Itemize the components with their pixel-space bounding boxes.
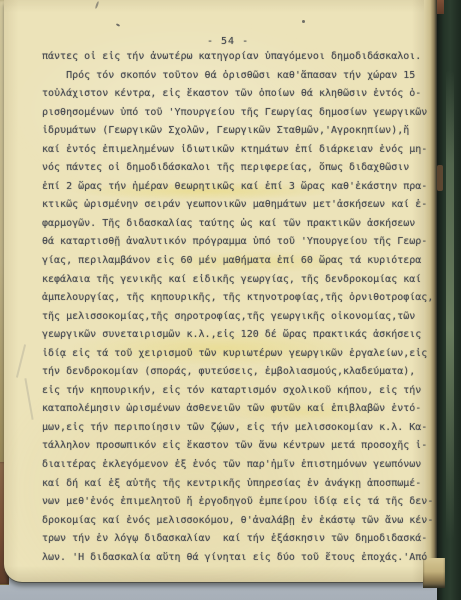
text-line: πάντες οἱ εἰς τήν ἀνωτέρω κατηγορίαν ὑπα… — [42, 48, 434, 67]
text-line: ἰδίᾳ εἰς τά τοῦ χειρισμοῦ τῶν κυριωτέρων… — [42, 345, 434, 364]
text-line: νων μεθ'ἑνός ἐπιμελητοῦ ἤ ἐργοδηγοῦ ἐμπε… — [42, 493, 434, 512]
text-line: καταπολέμησιν ὡρισμένων ἀσθενειῶν τῶν φυ… — [42, 400, 434, 419]
spine-top-brown-patch — [437, 0, 444, 14]
text-line: γίας, περιλαμβάνον εἰς 60 μέν μαθήματα ἐ… — [42, 252, 434, 271]
page-number: - 54 - — [207, 36, 249, 47]
spine-mid-brown-patch — [437, 165, 443, 191]
text-line: Πρός τόν σκοπόν τοῦτον θά ὁρισθῶσι καθ'ἅ… — [42, 67, 434, 86]
ink-speck — [302, 20, 305, 23]
text-line: τοὐλάχιστον κέντρα, εἰς ἕκαστον τῶν ὁποί… — [42, 85, 434, 104]
text-line: δροκομίας καί ἑνός μελισσοκόμου, θ'ἀναλά… — [42, 512, 434, 531]
scanned-book-photo: - 54 - πάντες οἱ εἰς τήν ἀνωτέρω κατηγορ… — [0, 0, 461, 600]
text-line: ἐπί 2 ὥρας τήν ἡμέραν θεωρητικῶς καί ἐπί… — [42, 178, 434, 197]
text-line: διαιτέρας ἐκλεγόμενον ἐξ ἑνός τῶν παρ'ἡμ… — [42, 456, 434, 475]
text-line: νός πάντες οἱ δημοδιδάσκαλοι τῆς περιφερ… — [42, 159, 434, 178]
spine-highlight — [446, 70, 454, 540]
text-line: καί ἐντός ἐπιμελημένων ἰδιωτικῶν κτημάτω… — [42, 141, 434, 160]
document-page: - 54 - πάντες οἱ εἰς τήν ἀνωτέρω κατηγορ… — [4, 0, 438, 582]
text-line: κεφάλαια τῆς γενικῆς καί εἰδικῆς γεωργία… — [42, 271, 434, 290]
text-line: καί δή καί ἐξ αὐτῆς τῆς κεντρικῆς ὑπηρεσ… — [42, 475, 434, 494]
text-line: εἰς τήν κηπουρικήν, εἰς τόν καταρτισμόν … — [42, 382, 434, 401]
pencil-margin-marks — [16, 338, 40, 434]
text-line: τῆς μελισσοκομίας,τῆς σηροτροφίας,τῆς γε… — [42, 308, 434, 327]
text-line: φαρμογῶν. Τῆς διδασκαλίας ταύτης ὡς καί … — [42, 215, 434, 234]
text-line: τρων τήν ἐν λόγῳ διδασκαλίαν καί τήν ἐξά… — [42, 530, 434, 549]
text-line: ρισθησομένων ὑπό τοῦ 'Υπουργείου τῆς Γεω… — [42, 104, 434, 123]
text-line: ἀμπελουργίας, τῆς κηπουρικῆς, τῆς κτηνοτ… — [42, 289, 434, 308]
text-line: ἱδρυμάτων (Γεωργικῶν Σχολῶν, Γεωργικῶν Σ… — [42, 122, 434, 141]
text-line: τάλληλον προσωπικόν εἰς ἕκαστον τῶν ἄνω … — [42, 437, 434, 456]
text-line: θά καταρτισθῇ ἀναλυτικόν πρόγραμμα ὑπό τ… — [42, 233, 434, 252]
text-line: μων,εἰς τήν περιποίησιν τῶν ζῴων, εἰς τή… — [42, 419, 434, 438]
page-text: πάντες οἱ εἰς τήν ἀνωτέρω κατηγορίαν ὑπα… — [42, 48, 434, 567]
ink-speck — [95, 1, 100, 9]
text-line: γεωργικῶν συνεταιρισμῶν κ.λ.,εἰς 120 δέ … — [42, 326, 434, 345]
text-line: κτικῶς ὡρισμένην σειράν γεωπονικῶν μαθημ… — [42, 196, 434, 215]
text-line: λων. 'Η διδασκαλία αὕτη θά γίνηται εἰς δ… — [42, 549, 434, 568]
text-line: τήν δενδροκομίαν (σποράς, φυτεύσεις, ἐμβ… — [42, 363, 434, 382]
ink-speck — [116, 23, 120, 27]
book-spine — [437, 0, 461, 600]
